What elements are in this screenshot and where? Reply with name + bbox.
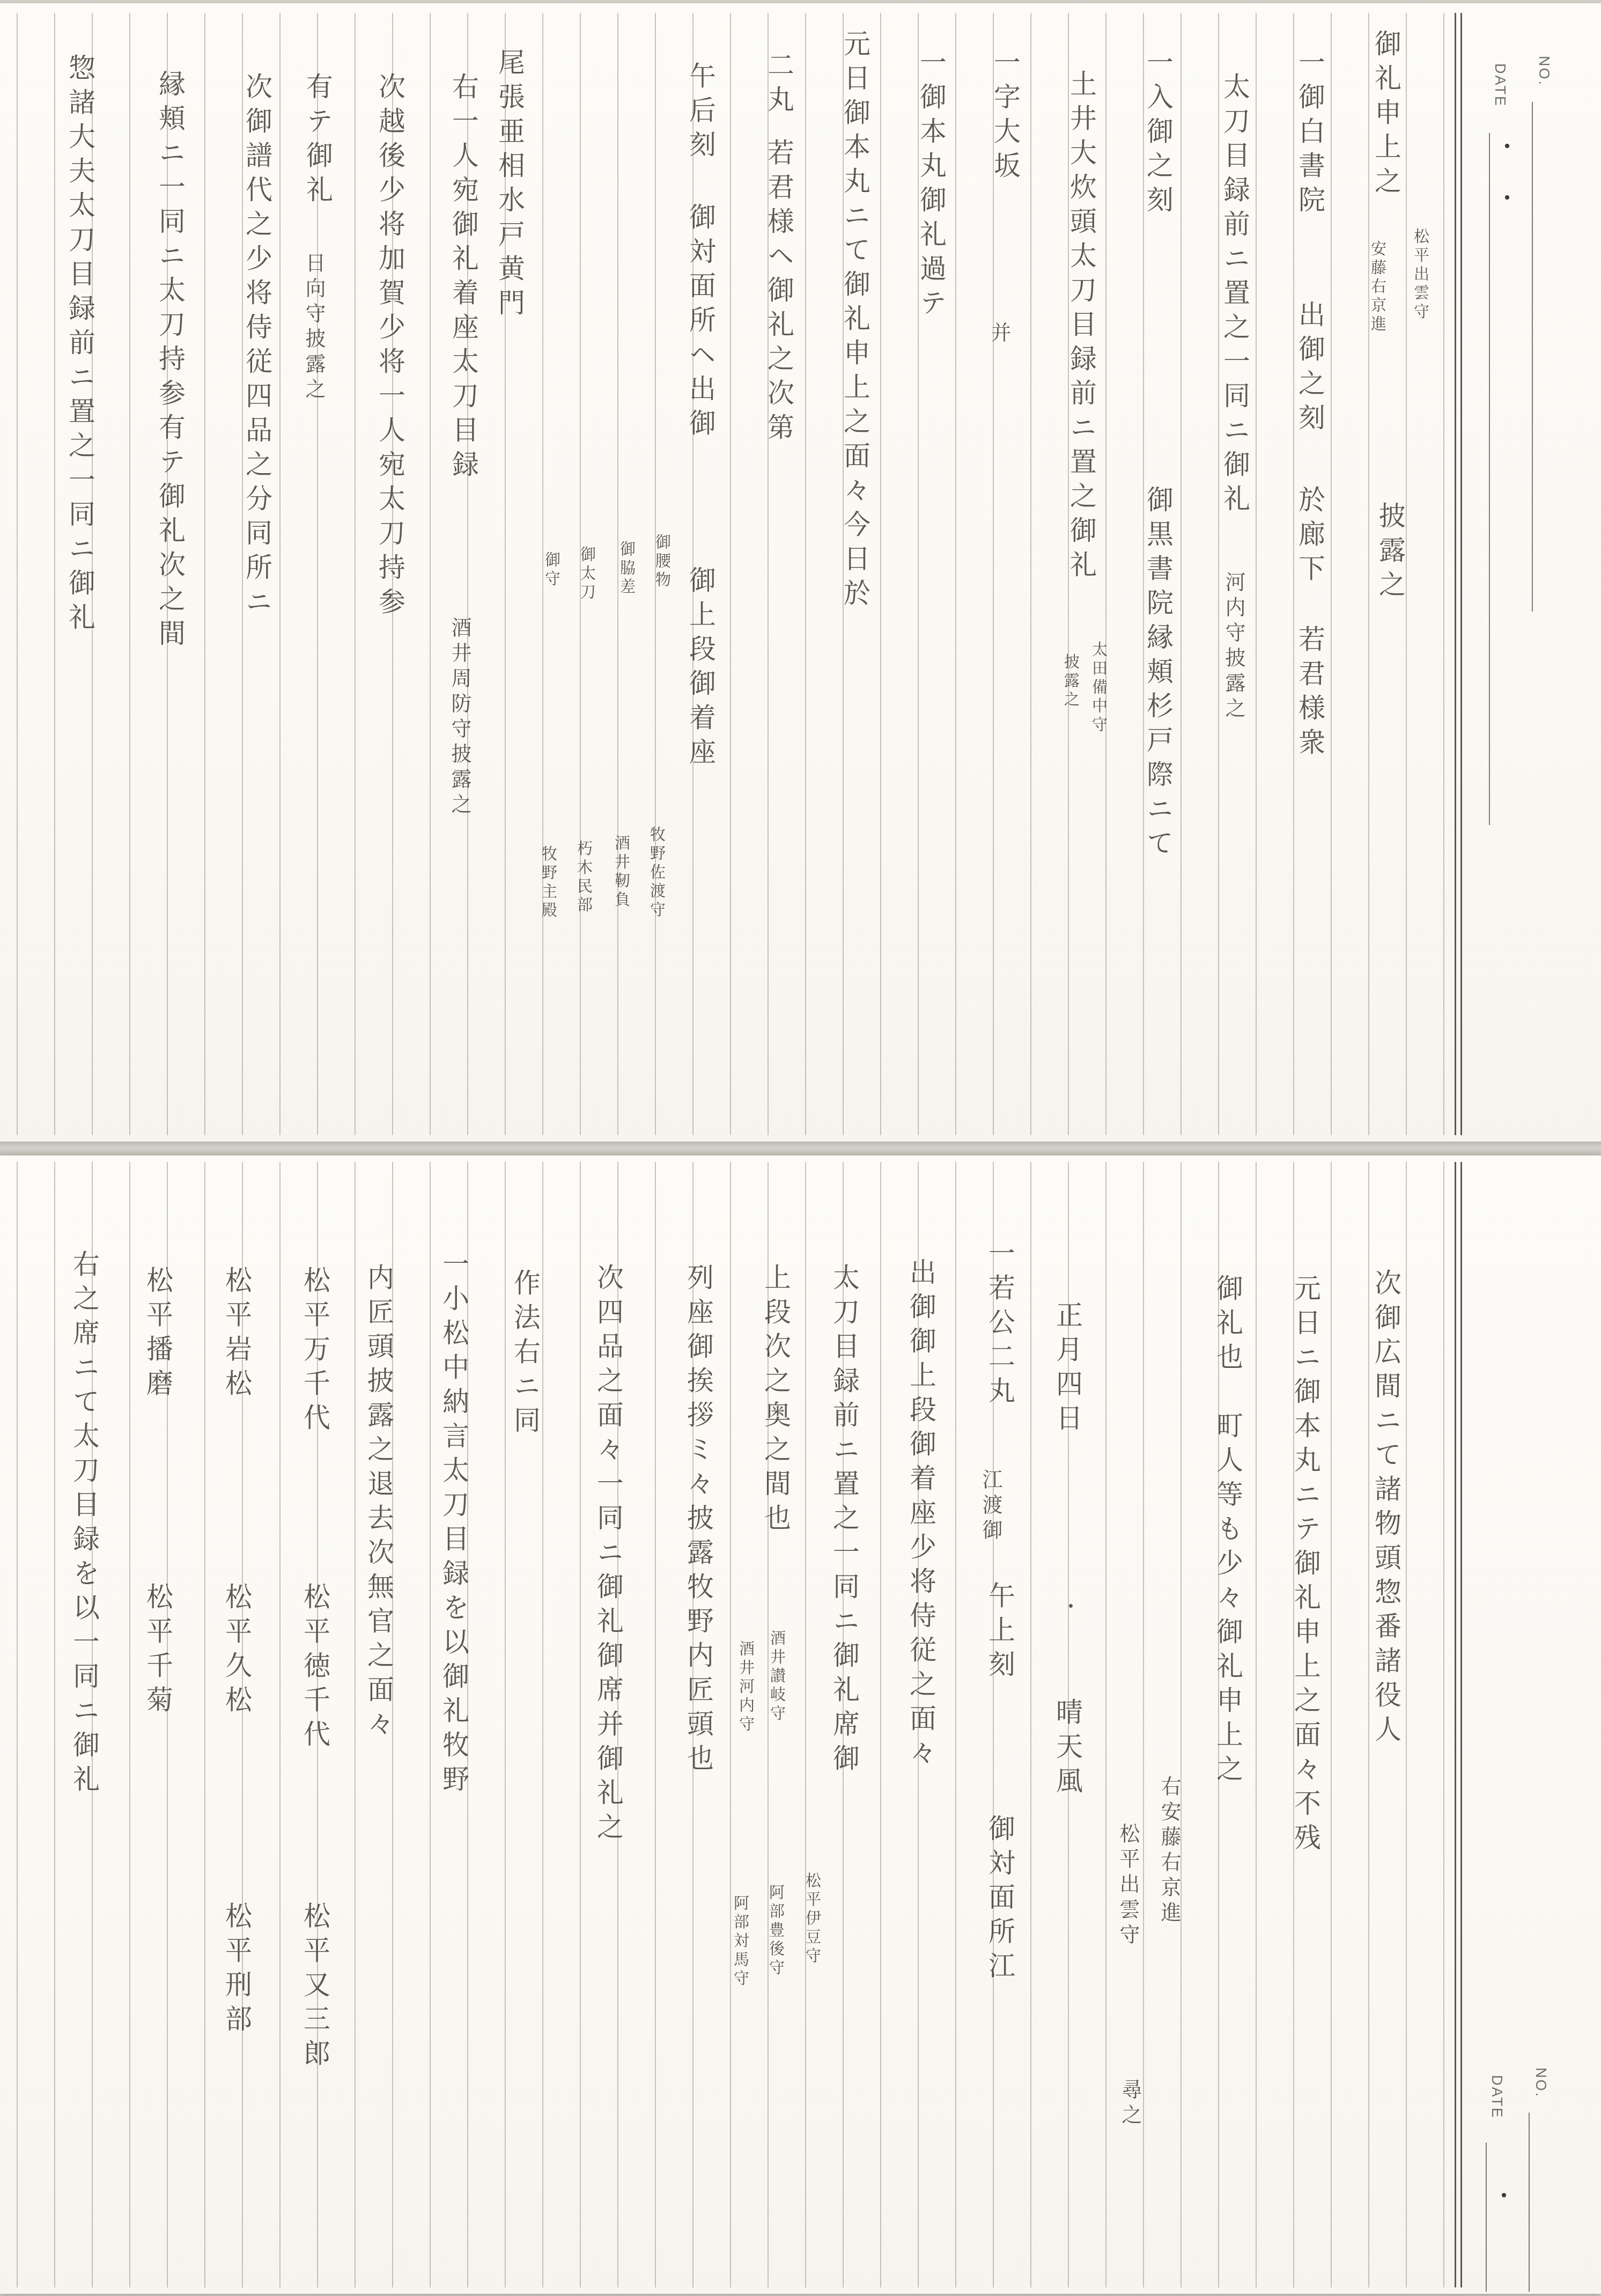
- handwritten-column: 出御之刻: [1296, 300, 1323, 438]
- handwritten-column: 出御御上段御着座少将侍従之面々: [908, 1258, 934, 1773]
- handwritten-column: 松平千菊: [144, 1583, 171, 1720]
- handwritten-column: 若君様衆: [1296, 625, 1323, 762]
- rule-line: [17, 1162, 18, 2287]
- rule-line: [1256, 13, 1257, 1135]
- rule-line: [355, 13, 356, 1135]
- handwritten-column: 土井大炊頭太刀目録前ニ置之御礼: [1068, 70, 1095, 585]
- handwritten-column: 牧野佐渡守: [649, 826, 665, 920]
- handwritten-column: 松平又三郎: [301, 1902, 328, 2073]
- rule-line: [1030, 1162, 1031, 2287]
- rule-line: [880, 1162, 881, 2287]
- rule-line: [1105, 13, 1106, 1135]
- handwritten-column: 次四品之面々一同ニ御礼御席并御礼之: [595, 1263, 622, 1847]
- handwritten-column: 并: [989, 322, 1009, 347]
- rule-line: [805, 1162, 806, 2287]
- handwritten-column: 午后刻: [687, 62, 714, 165]
- date-label: DATE: [1492, 63, 1508, 107]
- rule-line: [204, 1162, 205, 2287]
- handwritten-column: 元日御本丸ニて御礼申上之面々今日於: [842, 30, 868, 613]
- handwritten-column: 松平久松: [223, 1583, 250, 1720]
- rule-line: [880, 13, 881, 1135]
- no-label: NO.: [1532, 2067, 1549, 2098]
- handwritten-column: 一御白書院: [1296, 48, 1323, 220]
- rule-line: [204, 13, 205, 1135]
- rule-line: [1406, 13, 1407, 1135]
- handwritten-column: 御脇差: [619, 541, 635, 597]
- rule-line: [655, 1162, 656, 2287]
- handwritten-column: 一字大坂: [992, 48, 1019, 186]
- handwritten-column: 松平刑部: [223, 1902, 250, 2039]
- date-field-line: [1486, 2143, 1487, 2292]
- rule-line: [955, 13, 956, 1135]
- no-field-line: [1529, 2113, 1530, 2292]
- page-seam: [0, 1142, 1601, 1157]
- date-label: DATE: [1488, 2075, 1505, 2119]
- handwritten-column: 太刀目録前ニ置之一同ニ御礼: [1221, 72, 1248, 519]
- handwritten-column: 阿部豊後守: [768, 1884, 784, 1978]
- rule-line: [129, 13, 130, 1135]
- handwritten-column: 御対面所江: [986, 1814, 1013, 1986]
- rule-line: [1368, 13, 1369, 1135]
- handwritten-column: 牧野主殿: [541, 845, 556, 921]
- handwritten-column: 内匠頭披露之退去次無官之面々: [365, 1263, 392, 1744]
- handwritten-column: 御腰物: [654, 534, 670, 590]
- handwritten-column: 松平出雲守: [1118, 1823, 1138, 1949]
- rule-line: [505, 1162, 506, 2287]
- handwritten-column: 元日ニ御本丸ニテ御礼申上之面々不残: [1292, 1274, 1319, 1858]
- margin-line: [1455, 13, 1456, 1135]
- handwritten-column: 酒井讃岐守: [769, 1630, 785, 1724]
- margin-line: [1455, 1162, 1456, 2287]
- rule-line: [355, 1162, 356, 2287]
- handwritten-column: 朽木民部: [576, 840, 592, 915]
- rule-line: [54, 1162, 55, 2287]
- rule-line: [1443, 13, 1444, 1135]
- rule-line: [17, 13, 18, 1135]
- handwritten-column: 披露之: [1063, 653, 1079, 710]
- handwritten-column: 江渡御: [980, 1469, 1001, 1544]
- handwritten-column: 次御譜代之少将侍従四品之分同所ニ: [244, 72, 270, 622]
- rule-line: [730, 13, 731, 1135]
- rule-line: [1368, 1162, 1369, 2287]
- scanned-document: NO. DATE NO. DATE 御礼申上之松平出雲守安藤右京進披露之一御白書…: [0, 0, 1601, 2296]
- handwritten-column: 右一人宛御礼着座太刀目録: [450, 72, 477, 484]
- rule-line: [1181, 13, 1182, 1135]
- date-field-line: [1489, 133, 1490, 825]
- handwritten-column: 右之席ニて太刀目録を以一同ニ御礼: [71, 1250, 98, 1799]
- handwritten-column: 御上段御着座: [687, 566, 714, 772]
- rule-line: [580, 1162, 581, 2287]
- rule-line: [1181, 1162, 1182, 2287]
- handwritten-column: 二丸: [765, 51, 792, 120]
- no-label: NO.: [1536, 56, 1552, 86]
- handwritten-column: 上段次之奥之間也: [762, 1263, 789, 1538]
- handwritten-column: 一入御之刻: [1145, 48, 1171, 220]
- rule-line: [1030, 13, 1031, 1135]
- handwritten-column: 河内守披露之: [1223, 571, 1244, 723]
- handwritten-column: 酒井周防守披露之: [449, 617, 470, 819]
- date-separator-dot: [1502, 2193, 1506, 2197]
- no-field-line: [1532, 102, 1533, 612]
- rule-line: [1105, 1162, 1106, 2287]
- rule-line: [1331, 13, 1332, 1135]
- handwritten-column: 酒井河内守: [738, 1640, 754, 1734]
- date-separator-dot: [1505, 144, 1509, 148]
- rule-line: [279, 13, 281, 1135]
- handwritten-column: 松平伊豆守: [805, 1872, 820, 1966]
- rule-line: [430, 13, 431, 1135]
- handwritten-column: 次御広間ニて諸物頭惣番諸役人: [1373, 1269, 1399, 1749]
- handwritten-column: 安藤右京進: [1370, 240, 1385, 334]
- handwritten-column: ・: [1059, 1596, 1079, 1621]
- handwritten-column: 於廊下: [1296, 485, 1323, 588]
- rule-line: [805, 13, 806, 1135]
- handwritten-column: 一御本丸御礼過テ: [918, 48, 945, 323]
- handwritten-column: 晴天風: [1054, 1698, 1081, 1801]
- rule-line: [1143, 1162, 1144, 2287]
- handwritten-column: 酒井靭負: [614, 835, 629, 910]
- handwritten-column: 松平万千代: [301, 1266, 328, 1438]
- margin-line: [1460, 1162, 1462, 2287]
- rule-line: [54, 13, 55, 1135]
- rule-line: [1443, 1162, 1444, 2287]
- handwritten-column: 日向守披露之: [304, 252, 324, 403]
- handwritten-column: 御礼也 町人等も少々御礼申上之: [1214, 1274, 1241, 1789]
- handwritten-column: 一小松中納言太刀目録を以御礼牧野: [440, 1250, 467, 1799]
- handwritten-column: 松平播磨: [144, 1266, 171, 1403]
- margin-line: [1460, 13, 1462, 1135]
- handwritten-column: 御礼申上之: [1373, 30, 1399, 201]
- rule-line: [1406, 1162, 1407, 2287]
- rule-line: [430, 1162, 431, 2287]
- handwritten-column: 尋之: [1120, 2079, 1140, 2129]
- handwritten-column: 御太刀: [579, 546, 595, 602]
- handwritten-column: 右安藤右京進: [1159, 1776, 1179, 1927]
- handwritten-column: 太田備中守: [1091, 641, 1106, 735]
- rule-line: [279, 1162, 281, 2287]
- date-separator-dot: [1505, 195, 1509, 200]
- handwritten-column: 次越後少将加賀少将一人宛太刀持参: [377, 72, 403, 622]
- rule-line: [730, 1162, 731, 2287]
- handwritten-column: 惣諸大夫太刀目録前ニ置之一同ニ御礼: [67, 54, 93, 637]
- handwritten-column: 松平出雲守: [1413, 228, 1428, 322]
- handwritten-column: 太刀目録前ニ置之一同ニ御礼席御: [831, 1263, 858, 1778]
- handwritten-column: 作法右ニ同: [512, 1269, 538, 1440]
- handwritten-column: 阿部対馬守: [733, 1895, 748, 1989]
- notebook-page-top: [0, 3, 1601, 1145]
- handwritten-column: 披露之: [1377, 502, 1404, 605]
- handwritten-column: 尾張亜相水戸黄門: [496, 48, 523, 323]
- handwritten-column: 御対面所ヘ出御: [687, 203, 714, 443]
- handwritten-column: 列座御挨拶ミ々披露牧野内匠頭也: [685, 1263, 712, 1778]
- handwritten-column: 御黒書院縁頬杉戸際ニて: [1145, 485, 1171, 863]
- handwritten-column: 松平岩松: [223, 1266, 250, 1403]
- handwritten-column: 御守: [544, 551, 559, 589]
- rule-line: [1331, 1162, 1332, 2287]
- rule-line: [1256, 1162, 1257, 2287]
- handwritten-column: 若君様ヘ御礼之次第: [765, 138, 792, 447]
- handwritten-column: 一若公二丸: [986, 1239, 1013, 1411]
- rule-line: [129, 1162, 130, 2287]
- handwritten-column: 縁頬ニ一同ニ太刀持参有テ御礼次之間: [157, 70, 183, 653]
- rule-line: [955, 1162, 956, 2287]
- handwritten-column: 有テ御礼: [304, 72, 331, 210]
- handwritten-column: 松平徳千代: [301, 1583, 328, 1754]
- rule-line: [542, 1162, 543, 2287]
- handwritten-column: 午上刻: [986, 1581, 1013, 1684]
- handwritten-column: 正月四日: [1054, 1301, 1081, 1438]
